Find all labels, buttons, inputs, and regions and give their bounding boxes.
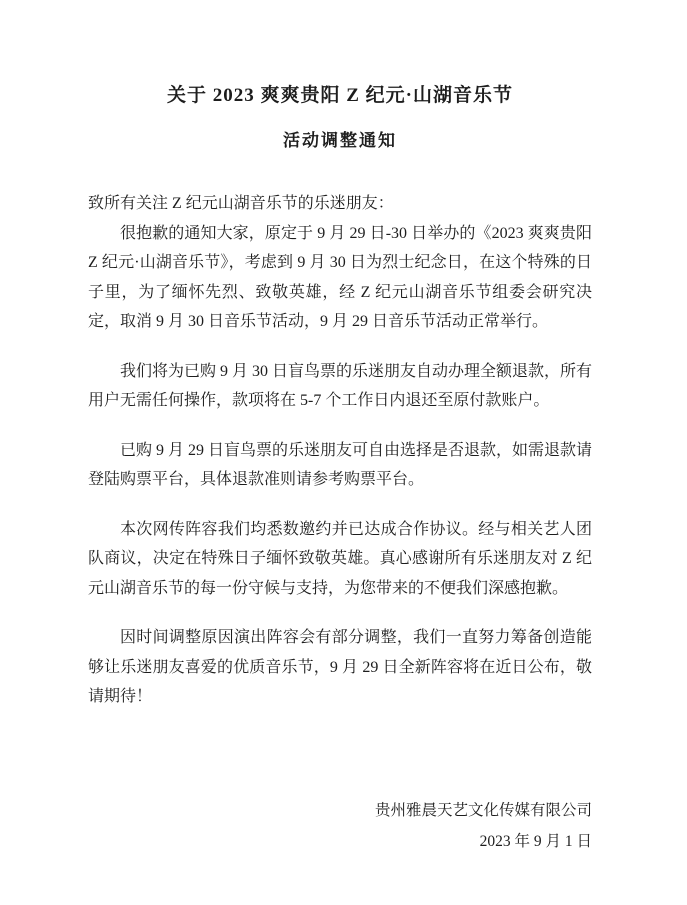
paragraph-sep29-refund-option: 已购 9 月 29 日盲鸟票的乐迷朋友可自由选择是否退款，如需退款请登陆购票平台… bbox=[88, 436, 592, 495]
salutation: 致所有关注 Z 纪元山湖音乐节的乐迷朋友： bbox=[88, 189, 592, 219]
paragraph-new-lineup-announcement: 因时间调整原因演出阵容会有部分调整，我们一直努力筹备创造能够让乐迷朋友喜爱的优质… bbox=[88, 623, 592, 712]
notice-document-page: 关于 2023 爽爽贵阳 Z 纪元·山湖音乐节 活动调整通知 致所有关注 Z 纪… bbox=[0, 0, 687, 905]
paragraph-cancellation-notice: 很抱歉的通知大家，原定于 9 月 29 日-30 日举办的《2023 爽爽贵阳 … bbox=[88, 219, 592, 337]
document-subtitle: 活动调整通知 bbox=[88, 129, 592, 153]
signature-date: 2023 年 9 月 1 日 bbox=[88, 826, 592, 857]
document-title: 关于 2023 爽爽贵阳 Z 纪元·山湖音乐节 bbox=[88, 82, 592, 109]
paragraph-lineup-apology: 本次网传阵容我们均悉数邀约并已达成合作协议。经与相关艺人团队商议，决定在特殊日子… bbox=[88, 515, 592, 604]
signature-company: 贵州雅晨天艺文化传媒有限公司 bbox=[88, 796, 592, 826]
signature-block: 贵州雅晨天艺文化传媒有限公司 2023 年 9 月 1 日 bbox=[88, 796, 592, 857]
paragraph-sep30-refund: 我们将为已购 9 月 30 日盲鸟票的乐迷朋友自动办理全额退款，所有用户无需任何… bbox=[88, 357, 592, 416]
